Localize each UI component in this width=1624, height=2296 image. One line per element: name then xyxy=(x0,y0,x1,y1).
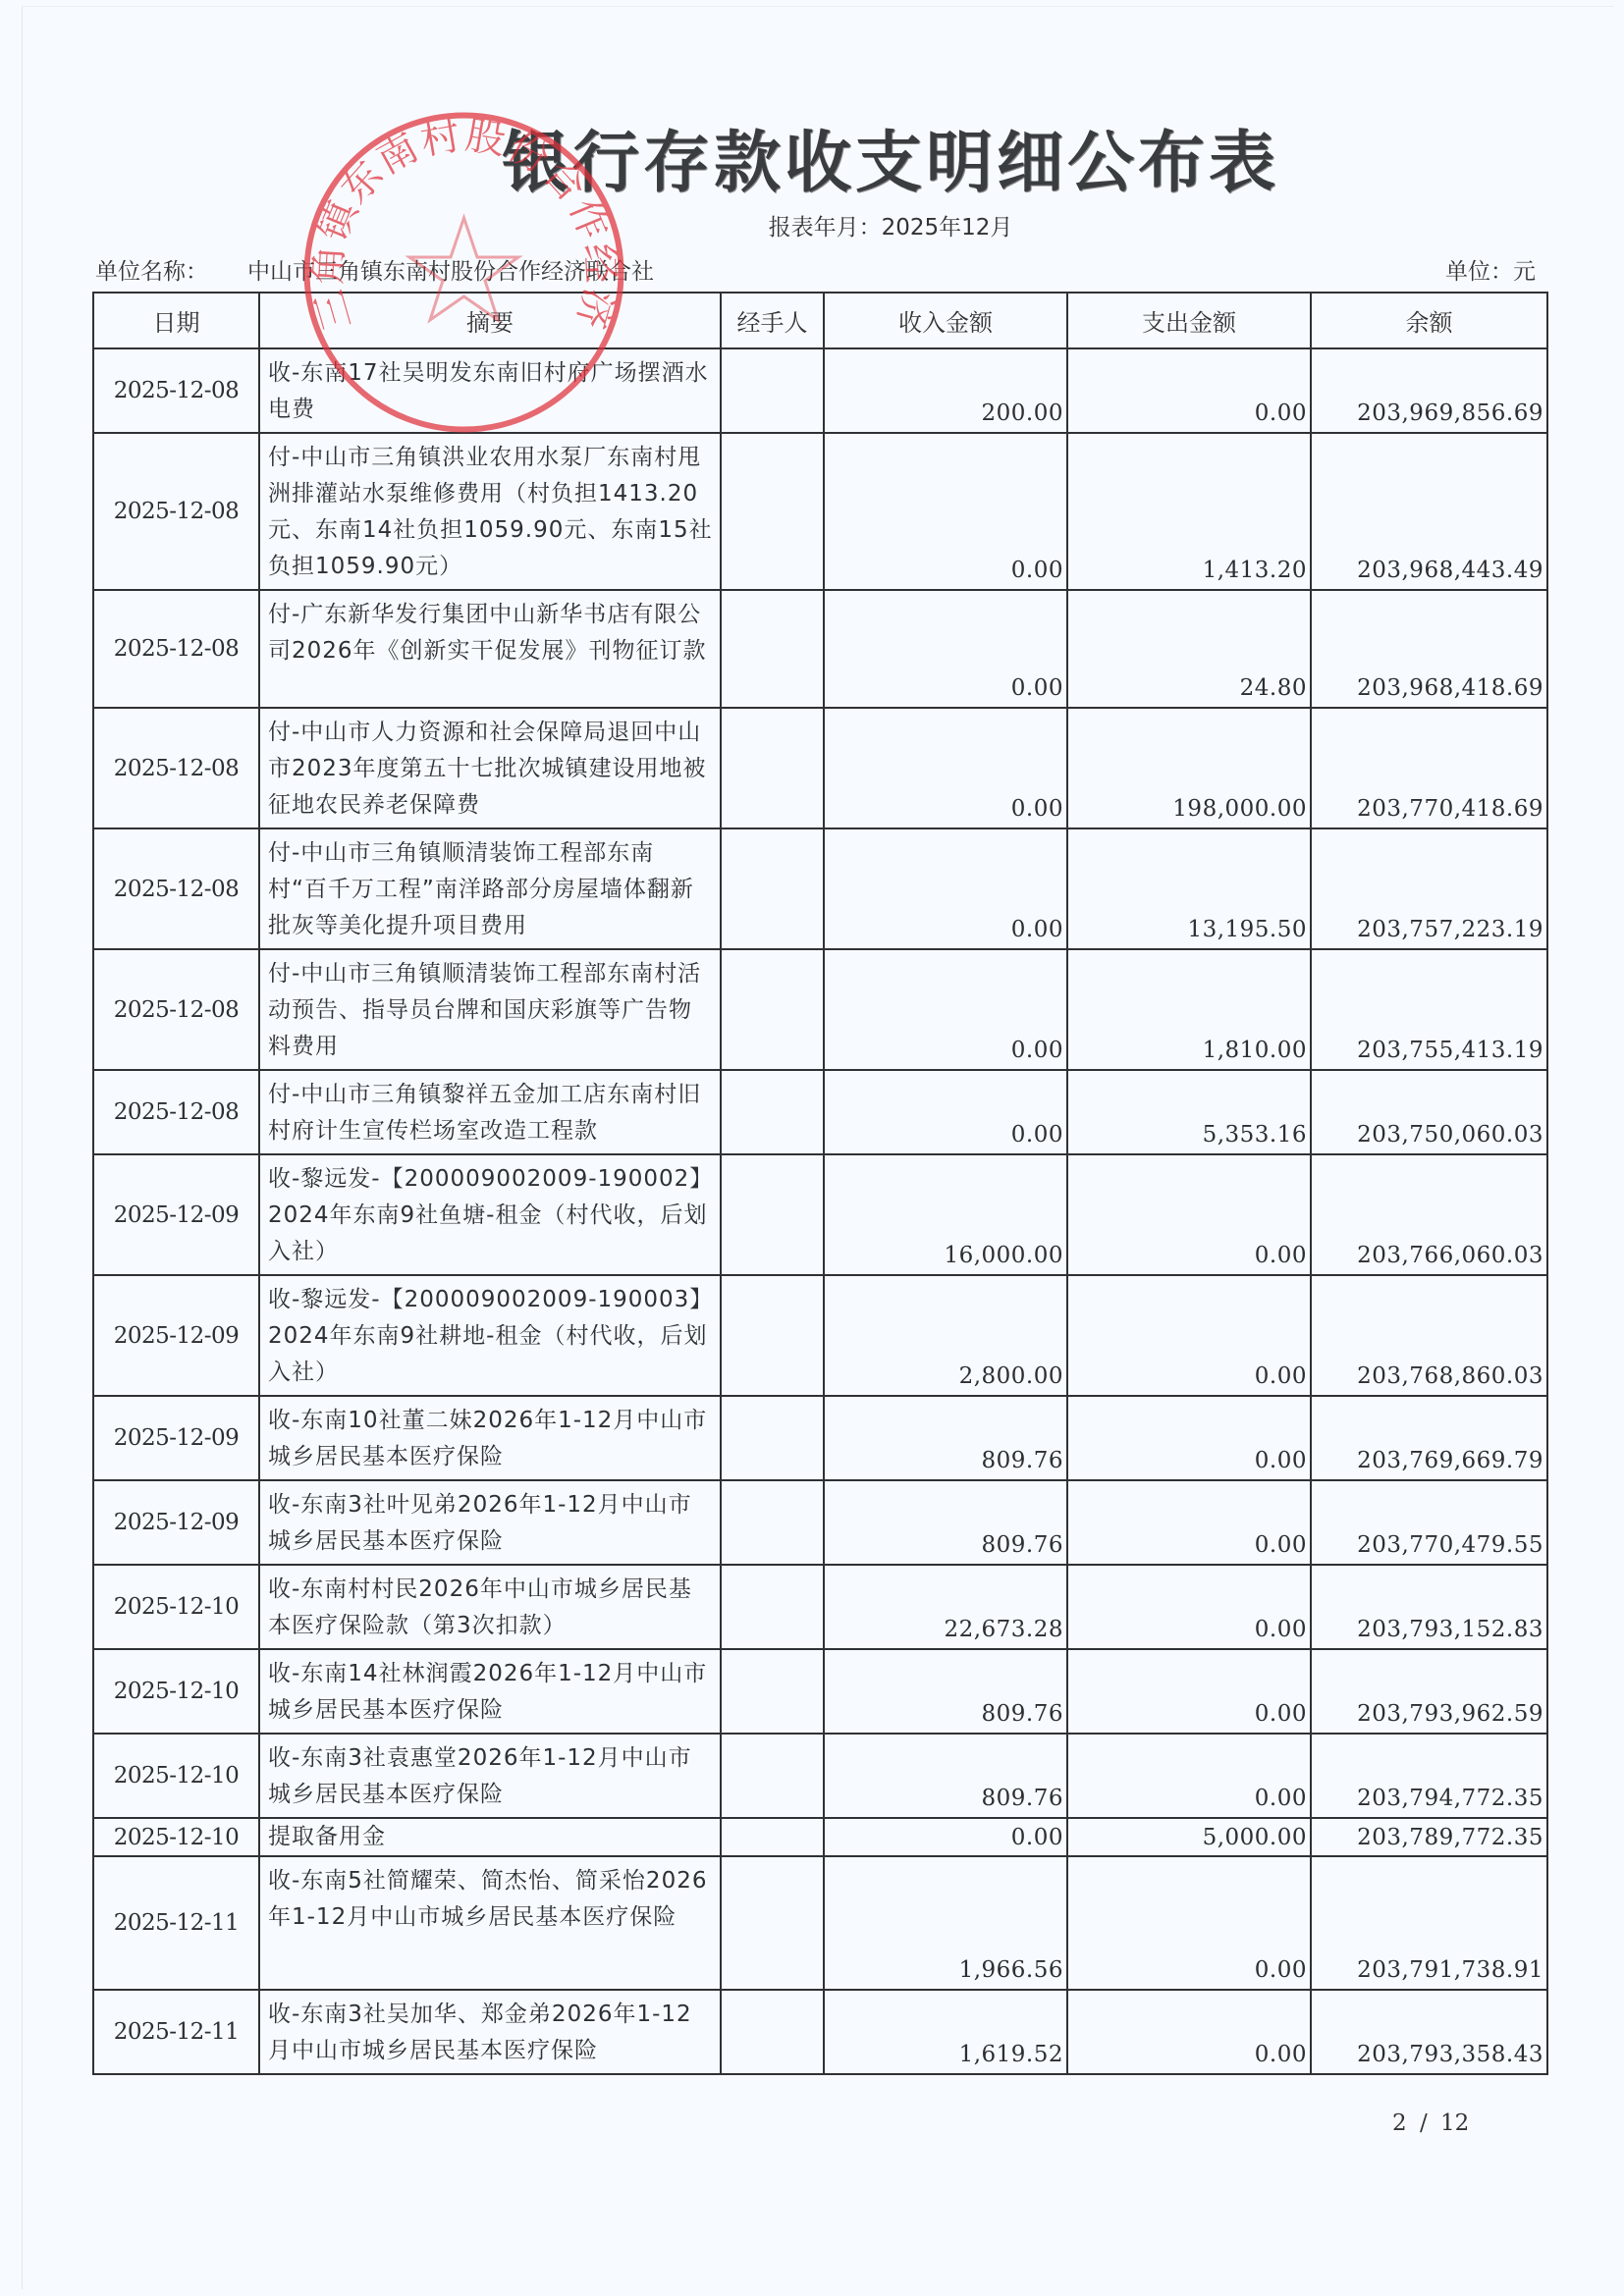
table-row: 2025-12-08付-中山市三角镇洪业农用水泵厂东南村甩洲排灌站水泵维修费用（… xyxy=(93,433,1547,590)
date-cell: 2025-12-11 xyxy=(93,1990,259,2074)
org-name: 中山市三角镇东南村股份合作经济联合社 xyxy=(247,253,654,286)
expense-cell: 0.00 xyxy=(1067,1649,1311,1734)
table-row: 2025-12-08付-中山市三角镇顺清装饰工程部东南村“百千万工程”南洋路部分… xyxy=(93,828,1547,949)
expense-cell: 0.00 xyxy=(1067,1154,1311,1275)
income-cell: 809.76 xyxy=(824,1396,1067,1480)
summary-cell: 收-东南3社吴加华、郑金弟2026年1-12月中山市城乡居民基本医疗保险 xyxy=(259,1990,721,2074)
summary-cell: 提取备用金 xyxy=(259,1818,721,1856)
date-cell: 2025-12-08 xyxy=(93,590,259,708)
expense-cell: 0.00 xyxy=(1067,348,1311,433)
date-cell: 2025-12-08 xyxy=(93,1070,259,1154)
date-cell: 2025-12-09 xyxy=(93,1275,259,1396)
expense-cell: 0.00 xyxy=(1067,1275,1311,1396)
handler-cell xyxy=(721,1070,824,1154)
income-cell: 0.00 xyxy=(824,708,1067,828)
table-row: 2025-12-11收-东南5社简耀荣、简杰怡、简采怡2026年1-12月中山市… xyxy=(93,1856,1547,1990)
balance-cell: 203,770,479.55 xyxy=(1311,1480,1547,1565)
summary-cell: 收-东南3社叶见弟2026年1-12月中山市城乡居民基本医疗保险 xyxy=(259,1480,721,1565)
balance-cell: 203,789,772.35 xyxy=(1311,1818,1547,1856)
date-cell: 2025-12-10 xyxy=(93,1565,259,1649)
expense-cell: 0.00 xyxy=(1067,1565,1311,1649)
date-cell: 2025-12-11 xyxy=(93,1856,259,1990)
handler-cell xyxy=(721,1275,824,1396)
expense-cell: 0.00 xyxy=(1067,1990,1311,2074)
income-cell: 809.76 xyxy=(824,1649,1067,1734)
page-number: 2 / 12 xyxy=(1392,2110,1469,2136)
date-cell: 2025-12-10 xyxy=(93,1734,259,1818)
handler-cell xyxy=(721,433,824,590)
summary-cell: 付-广东新华发行集团中山新华书店有限公司2026年《创新实干促发展》刊物征订款 xyxy=(259,590,721,708)
expense-cell: 0.00 xyxy=(1067,1734,1311,1818)
expense-cell: 1,810.00 xyxy=(1067,949,1311,1070)
page-title: 银行存款收支明细公布表 xyxy=(0,110,1624,205)
expense-cell: 13,195.50 xyxy=(1067,828,1311,949)
report-period: 报表年月：2025年12月 xyxy=(0,209,1624,241)
date-cell: 2025-12-09 xyxy=(93,1154,259,1275)
ledger-body: 2025-12-08收-东南17社吴明发东南旧村府广场摆酒水电费200.000.… xyxy=(93,348,1547,2074)
income-cell: 0.00 xyxy=(824,433,1067,590)
summary-cell: 付-中山市三角镇顺清装饰工程部东南村“百千万工程”南洋路部分房屋墙体翻新批灰等美… xyxy=(259,828,721,949)
summary-cell: 收-东南17社吴明发东南旧村府广场摆酒水电费 xyxy=(259,348,721,433)
balance-cell: 203,768,860.03 xyxy=(1311,1275,1547,1396)
expense-cell: 0.00 xyxy=(1067,1856,1311,1990)
handler-cell xyxy=(721,1396,824,1480)
table-row: 2025-12-10收-东南村村民2026年中山市城乡居民基本医疗保险款（第3次… xyxy=(93,1565,1547,1649)
balance-cell: 203,750,060.03 xyxy=(1311,1070,1547,1154)
balance-cell: 203,766,060.03 xyxy=(1311,1154,1547,1275)
handler-cell xyxy=(721,1734,824,1818)
column-header-summary: 摘要 xyxy=(259,293,721,348)
handler-cell xyxy=(721,828,824,949)
handler-cell xyxy=(721,1818,824,1856)
balance-cell: 203,791,738.91 xyxy=(1311,1856,1547,1990)
expense-cell: 0.00 xyxy=(1067,1480,1311,1565)
income-cell: 16,000.00 xyxy=(824,1154,1067,1275)
table-row: 2025-12-09收-黎远发-【200009002009-190003】202… xyxy=(93,1275,1547,1396)
meta-row: 单位名称： 中山市三角镇东南村股份合作经济联合社 单位：元 xyxy=(95,253,1536,283)
balance-cell: 203,968,443.49 xyxy=(1311,433,1547,590)
date-cell: 2025-12-08 xyxy=(93,949,259,1070)
table-header-row: 日期 摘要 经手人 收入金额 支出金额 余额 xyxy=(93,293,1547,348)
table-row: 2025-12-10收-东南3社袁惠堂2026年1-12月中山市城乡居民基本医疗… xyxy=(93,1734,1547,1818)
table-row: 2025-12-10收-东南14社林润霞2026年1-12月中山市城乡居民基本医… xyxy=(93,1649,1547,1734)
date-cell: 2025-12-10 xyxy=(93,1818,259,1856)
income-cell: 809.76 xyxy=(824,1734,1067,1818)
balance-cell: 203,793,358.43 xyxy=(1311,1990,1547,2074)
summary-cell: 收-东南3社袁惠堂2026年1-12月中山市城乡居民基本医疗保险 xyxy=(259,1734,721,1818)
date-cell: 2025-12-08 xyxy=(93,708,259,828)
expense-cell: 1,413.20 xyxy=(1067,433,1311,590)
table-row: 2025-12-08付-广东新华发行集团中山新华书店有限公司2026年《创新实干… xyxy=(93,590,1547,708)
summary-cell: 收-黎远发-【200009002009-190002】2024年东南9社鱼塘-租… xyxy=(259,1154,721,1275)
balance-cell: 203,770,418.69 xyxy=(1311,708,1547,828)
income-cell: 0.00 xyxy=(824,1818,1067,1856)
handler-cell xyxy=(721,348,824,433)
table-row: 2025-12-11收-东南3社吴加华、郑金弟2026年1-12月中山市城乡居民… xyxy=(93,1990,1547,2074)
column-header-income: 收入金额 xyxy=(824,293,1067,348)
summary-cell: 付-中山市三角镇顺清装饰工程部东南村活动预告、指导员台牌和国庆彩旗等广告物料费用 xyxy=(259,949,721,1070)
summary-cell: 收-东南14社林润霞2026年1-12月中山市城乡居民基本医疗保险 xyxy=(259,1649,721,1734)
expense-cell: 24.80 xyxy=(1067,590,1311,708)
column-header-handler: 经手人 xyxy=(721,293,824,348)
table-row: 2025-12-10提取备用金0.005,000.00203,789,772.3… xyxy=(93,1818,1547,1856)
table-row: 2025-12-08付-中山市三角镇黎祥五金加工店东南村旧村府计生宣传栏场室改造… xyxy=(93,1070,1547,1154)
handler-cell xyxy=(721,708,824,828)
income-cell: 0.00 xyxy=(824,828,1067,949)
income-cell: 809.76 xyxy=(824,1480,1067,1565)
balance-cell: 203,794,772.35 xyxy=(1311,1734,1547,1818)
table-row: 2025-12-08收-东南17社吴明发东南旧村府广场摆酒水电费200.000.… xyxy=(93,348,1547,433)
income-cell: 0.00 xyxy=(824,1070,1067,1154)
expense-cell: 5,000.00 xyxy=(1067,1818,1311,1856)
balance-cell: 203,769,669.79 xyxy=(1311,1396,1547,1480)
handler-cell xyxy=(721,1990,824,2074)
income-cell: 2,800.00 xyxy=(824,1275,1067,1396)
column-header-date: 日期 xyxy=(93,293,259,348)
balance-cell: 203,793,962.59 xyxy=(1311,1649,1547,1734)
summary-cell: 收-黎远发-【200009002009-190003】2024年东南9社耕地-租… xyxy=(259,1275,721,1396)
column-header-expense: 支出金额 xyxy=(1067,293,1311,348)
handler-cell xyxy=(721,1154,824,1275)
summary-cell: 收-东南5社简耀荣、简杰怡、简采怡2026年1-12月中山市城乡居民基本医疗保险 xyxy=(259,1856,721,1990)
handler-cell xyxy=(721,1565,824,1649)
income-cell: 0.00 xyxy=(824,590,1067,708)
handler-cell xyxy=(721,1649,824,1734)
expense-cell: 5,353.16 xyxy=(1067,1070,1311,1154)
handler-cell xyxy=(721,949,824,1070)
summary-cell: 收-东南村村民2026年中山市城乡居民基本医疗保险款（第3次扣款） xyxy=(259,1565,721,1649)
summary-cell: 付-中山市三角镇黎祥五金加工店东南村旧村府计生宣传栏场室改造工程款 xyxy=(259,1070,721,1154)
table-row: 2025-12-09收-东南10社董二妹2026年1-12月中山市城乡居民基本医… xyxy=(93,1396,1547,1480)
date-cell: 2025-12-09 xyxy=(93,1480,259,1565)
date-cell: 2025-12-08 xyxy=(93,348,259,433)
summary-cell: 收-东南10社董二妹2026年1-12月中山市城乡居民基本医疗保险 xyxy=(259,1396,721,1480)
balance-cell: 203,793,152.83 xyxy=(1311,1565,1547,1649)
expense-cell: 198,000.00 xyxy=(1067,708,1311,828)
income-cell: 22,673.28 xyxy=(824,1565,1067,1649)
date-cell: 2025-12-08 xyxy=(93,828,259,949)
income-cell: 0.00 xyxy=(824,949,1067,1070)
table-row: 2025-12-09收-东南3社叶见弟2026年1-12月中山市城乡居民基本医疗… xyxy=(93,1480,1547,1565)
balance-cell: 203,755,413.19 xyxy=(1311,949,1547,1070)
summary-cell: 付-中山市三角镇洪业农用水泵厂东南村甩洲排灌站水泵维修费用（村负担1413.20… xyxy=(259,433,721,590)
balance-cell: 203,757,223.19 xyxy=(1311,828,1547,949)
table-row: 2025-12-09收-黎远发-【200009002009-190002】202… xyxy=(93,1154,1547,1275)
handler-cell xyxy=(721,1480,824,1565)
income-cell: 1,966.56 xyxy=(824,1856,1067,1990)
summary-cell: 付-中山市人力资源和社会保障局退回中山市2023年度第五十七批次城镇建设用地被征… xyxy=(259,708,721,828)
date-cell: 2025-12-10 xyxy=(93,1649,259,1734)
balance-cell: 203,968,418.69 xyxy=(1311,590,1547,708)
balance-cell: 203,969,856.69 xyxy=(1311,348,1547,433)
handler-cell xyxy=(721,1856,824,1990)
column-header-balance: 余额 xyxy=(1311,293,1547,348)
table-row: 2025-12-08付-中山市三角镇顺清装饰工程部东南村活动预告、指导员台牌和国… xyxy=(93,949,1547,1070)
expense-cell: 0.00 xyxy=(1067,1396,1311,1480)
unit-label: 单位：元 xyxy=(1445,253,1536,286)
income-cell: 200.00 xyxy=(824,348,1067,433)
date-cell: 2025-12-08 xyxy=(93,433,259,590)
income-cell: 1,619.52 xyxy=(824,1990,1067,2074)
date-cell: 2025-12-09 xyxy=(93,1396,259,1480)
handler-cell xyxy=(721,590,824,708)
org-label: 单位名称： xyxy=(95,253,208,286)
table-row: 2025-12-08付-中山市人力资源和社会保障局退回中山市2023年度第五十七… xyxy=(93,708,1547,828)
ledger-table: 日期 摘要 经手人 收入金额 支出金额 余额 2025-12-08收-东南17社… xyxy=(92,292,1548,2075)
